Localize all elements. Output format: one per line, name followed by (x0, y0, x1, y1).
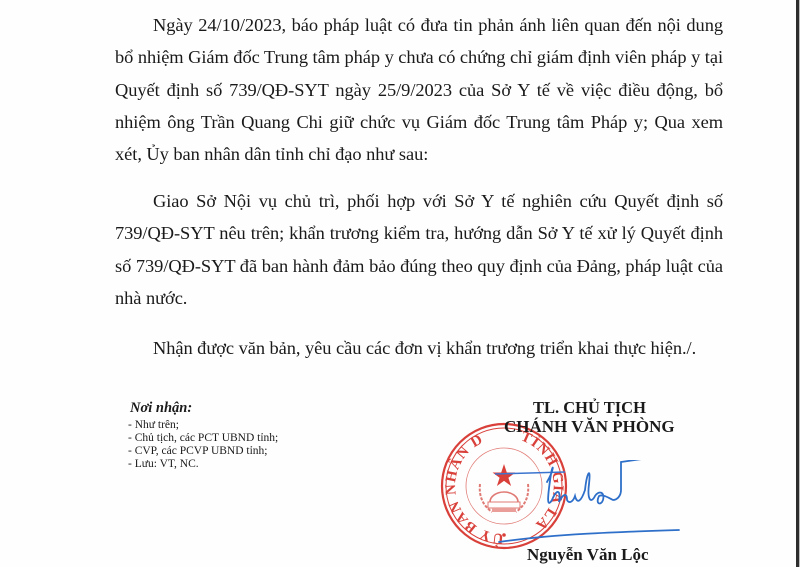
viewer-edge-border (796, 0, 799, 567)
paragraph-1-container: Ngày 24/10/2023, báo pháp luật có đưa ti… (115, 9, 723, 170)
recipient-item: - Như trên; (128, 419, 278, 432)
recipient-item: - CVP, các PCVP UBND tỉnh; (128, 445, 278, 458)
paragraph-3-container: Nhận được văn bản, yêu cầu các đơn vị kh… (115, 332, 723, 364)
recipients-title: Nơi nhận: (128, 399, 278, 417)
document-page: Ngày 24/10/2023, báo pháp luật có đưa ti… (0, 0, 800, 567)
recipient-item: - Lưu: VT, NC. (128, 458, 278, 471)
signature-title-line-2: CHÁNH VĂN PHÒNG (504, 417, 675, 437)
paragraph-2-container: Giao Sở Nội vụ chủ trì, phối hợp với Sở … (115, 185, 723, 314)
signature-title-line-1: TL. CHỦ TỊCH (533, 398, 646, 418)
recipients-list: - Như trên; - Chủ tịch, các PCT UBND tỉn… (128, 419, 278, 471)
handwritten-signature (495, 460, 735, 550)
paragraph-closing: Nhận được văn bản, yêu cầu các đơn vị kh… (115, 332, 723, 364)
signature-block: TL. CHỦ TỊCH CHÁNH VĂN PHÒNG ỦY BAN NHÂN… (440, 395, 760, 567)
recipient-item: - Chủ tịch, các PCT UBND tỉnh; (128, 432, 278, 445)
paragraph-directive: Giao Sở Nội vụ chủ trì, phối hợp với Sở … (115, 185, 723, 314)
paragraph-report: Ngày 24/10/2023, báo pháp luật có đưa ti… (115, 9, 723, 170)
recipients-block: Nơi nhận: - Như trên; - Chủ tịch, các PC… (128, 399, 278, 471)
